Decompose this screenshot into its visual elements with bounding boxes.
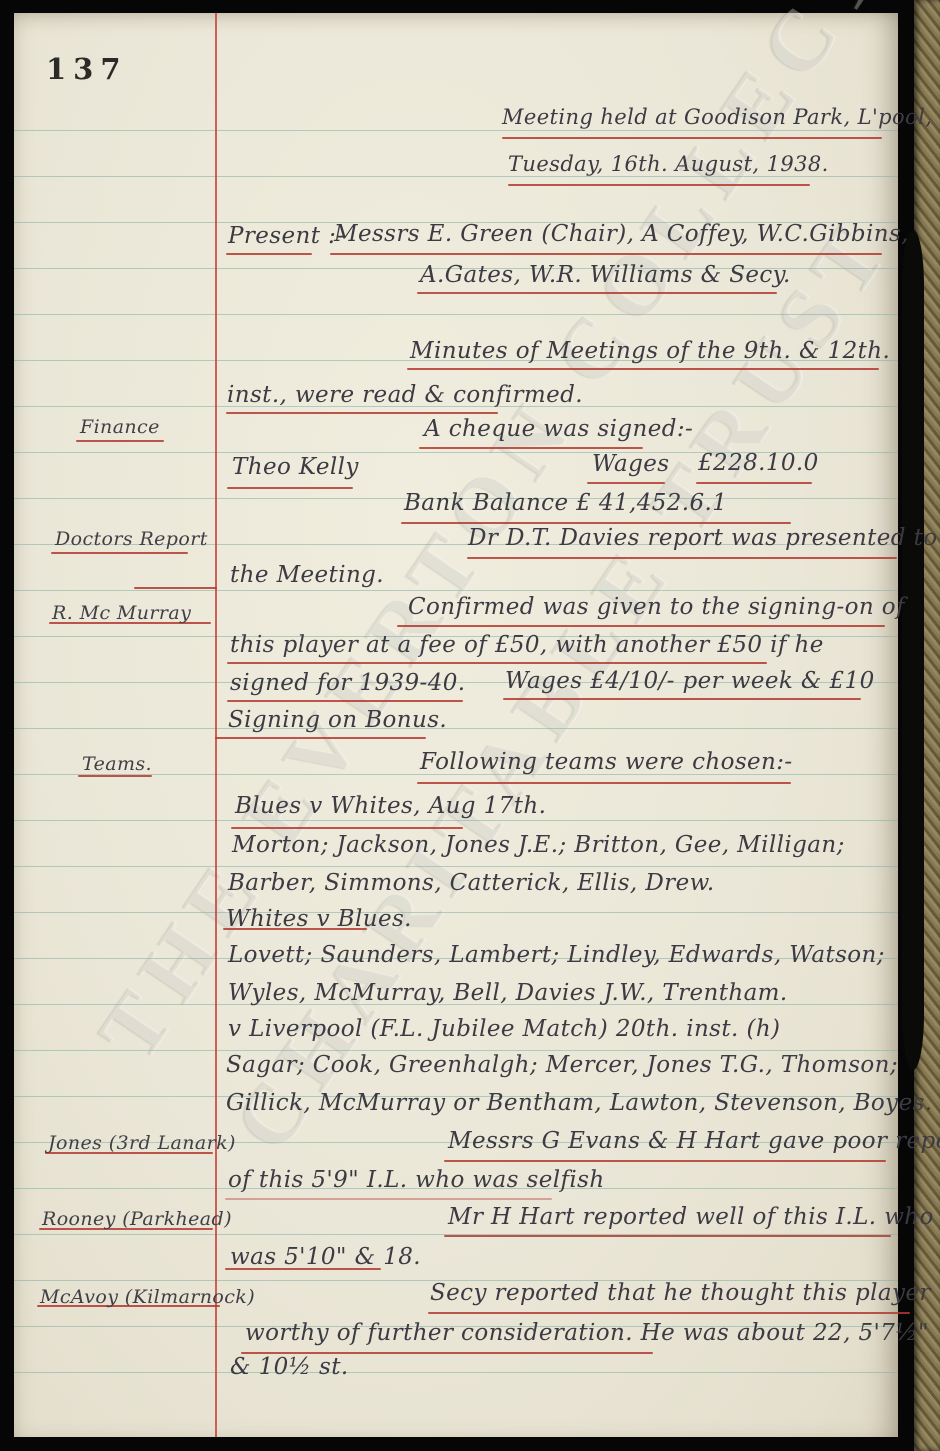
manuscript-line: Messrs G Evans & H Hart gave poor report… — [448, 1124, 940, 1158]
red-underline — [330, 253, 882, 255]
manuscript-line: was 5'10" & 18. — [230, 1240, 421, 1274]
manuscript-line: Wages £4/10/- per week & £10 — [505, 664, 875, 698]
manuscript-line: Signing on Bonus. — [228, 703, 447, 737]
ruled-line — [14, 728, 898, 729]
manuscript-line: v Liverpool (F.L. Jubilee Match) 20th. i… — [228, 1012, 780, 1046]
manuscript-line: Barber, Simmons, Catterick, Ellis, Drew. — [228, 866, 715, 900]
margin-heading: Teams. — [82, 747, 152, 781]
manuscript-line: Tuesday, 16th. August, 1938. — [508, 147, 829, 181]
manuscript-line: this player at a fee of £50, with anothe… — [230, 628, 824, 662]
photographed-minute-book: THE EVERTON COLLECTION CHARITABLE TRUST … — [0, 0, 940, 1451]
page-number: 137 — [46, 52, 128, 86]
manuscript-line: Mr H Hart reported well of this I.L. who — [448, 1200, 934, 1234]
red-underline — [227, 700, 463, 702]
manuscript-line: Secy reported that he thought this playe… — [430, 1276, 931, 1310]
ruled-line — [14, 1372, 898, 1373]
red-underline — [444, 1235, 891, 1237]
manuscript-line: Theo Kelly — [232, 450, 359, 484]
red-underline — [417, 292, 777, 294]
manuscript-line: Dr D.T. Davies report was presented to — [468, 521, 937, 555]
red-underline — [227, 487, 353, 489]
manuscript-line: Morton; Jackson, Jones J.E.; Britton, Ge… — [232, 828, 845, 862]
manuscript-line: Bank Balance £ 41,452.6.1 — [404, 486, 727, 520]
manuscript-line: Wyles, McMurray, Bell, Davies J.W., Tren… — [228, 976, 788, 1010]
manuscript-line: inst., were read & confirmed. — [227, 378, 583, 412]
manuscript-line: of this 5'9" I.L. who was selfish — [228, 1163, 605, 1197]
manuscript-line: the Meeting. — [230, 558, 384, 592]
red-underline — [215, 737, 426, 739]
red-underline — [503, 698, 861, 700]
red-underline — [397, 625, 885, 627]
manuscript-line: Messrs E. Green (Chair), A Coffey, W.C.G… — [334, 217, 909, 251]
red-underline — [226, 253, 312, 255]
manuscript-line: Gillick, McMurray or Bentham, Lawton, St… — [226, 1086, 933, 1120]
margin-heading: Rooney (Parkhead) — [42, 1202, 232, 1236]
red-underline — [444, 1160, 886, 1162]
manuscript-line: signed for 1939-40. — [230, 666, 466, 700]
manuscript-line: Blues v Whites, Aug 17th. — [235, 789, 546, 823]
red-underline — [417, 782, 791, 784]
manuscript-line: Minutes of Meetings of the 9th. & 12th. — [410, 334, 890, 368]
manuscript-line: Present :- — [228, 219, 344, 253]
binding-shadow — [902, 230, 924, 1070]
margin-heading: Doctors Report — [55, 522, 208, 556]
manuscript-line: worthy of further consideration. He was … — [245, 1316, 929, 1350]
red-underline — [134, 587, 217, 589]
margin-heading: Finance — [80, 410, 160, 444]
red-underline — [587, 482, 665, 484]
margin-heading: McAvoy (Kilmarnock) — [40, 1280, 255, 1314]
manuscript-line: Following teams were chosen:- — [420, 745, 793, 779]
manuscript-line: Wages — [592, 447, 670, 481]
red-underline — [407, 368, 879, 370]
red-underline — [696, 482, 812, 484]
margin-heading: R. Mc Murray — [52, 596, 191, 630]
red-underline — [428, 1312, 910, 1314]
red-underline — [508, 184, 810, 186]
manuscript-line: Meeting held at Goodison Park, L'pool, — [502, 100, 932, 134]
manuscript-line: £228.10.0 — [698, 446, 819, 480]
manuscript-line: Lovett; Saunders, Lambert; Lindley, Edwa… — [228, 938, 885, 972]
manuscript-line: & 10½ st. — [230, 1350, 349, 1384]
manuscript-line: A cheque was signed:- — [424, 412, 693, 446]
ruled-line — [14, 314, 898, 315]
manuscript-line: A.Gates, W.R. Williams & Secy. — [420, 258, 791, 292]
manuscript-line: Sagar; Cook, Greenhalgh; Mercer, Jones T… — [226, 1048, 898, 1082]
margin-heading: Jones (3rd Lanark) — [48, 1126, 236, 1160]
manuscript-line: Whites v Blues. — [226, 902, 412, 936]
manuscript-line: Confirmed was given to the signing-on of — [408, 590, 905, 624]
red-underline — [502, 137, 882, 139]
ruled-line — [14, 912, 898, 913]
red-underline — [467, 557, 897, 559]
